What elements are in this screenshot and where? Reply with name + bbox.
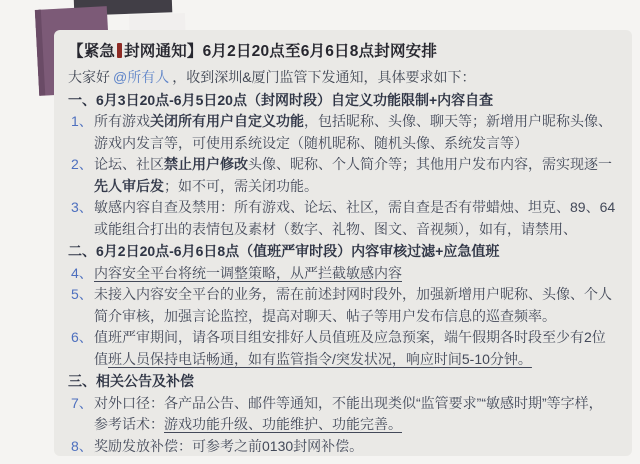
item-number: 1、 xyxy=(68,111,94,133)
item-number: 3、 xyxy=(68,197,94,219)
mention-all: @所有人 xyxy=(113,69,169,85)
item-text: 值班严审期间，请各项目组安排好人员值班及应急预案，端午假期各时段至少有2位值班人… xyxy=(94,327,616,370)
notice-item: 1、所有游戏关闭所有用户自定义功能，包括昵称、头像、聊天等；新增用户昵称头像、游… xyxy=(68,111,616,154)
red-bar-icon xyxy=(117,43,122,58)
item-number: 7、 xyxy=(68,393,94,415)
notice-item: 6、值班严审期间，请各项目组安排好人员值班及应急预案，端午假期各时段至少有2位值… xyxy=(68,327,616,370)
notice-body: 一、6月3日20点-6月5日20点（封网时段）自定义功能限制+内容自查1、所有游… xyxy=(68,90,616,458)
item-text: 奖励发放补偿：可参考之前0130封网补偿。 xyxy=(94,436,616,458)
item-text: 敏感内容自查及禁用：所有游戏、论坛、社区，需自查是否有带蜡烛、坦克、89、64或… xyxy=(94,197,616,240)
notice-item: 3、敏感内容自查及禁用：所有游戏、论坛、社区，需自查是否有带蜡烛、坦克、89、6… xyxy=(68,197,616,240)
notice-title-right: 封网通知】6月2日20点至6月6日8点封网安排 xyxy=(124,43,437,60)
notice-item: 2、论坛、社区禁止用户修改头像、昵称、个人简介等；其他用户发布内容，需实现逐一先… xyxy=(68,154,616,197)
item-text: 论坛、社区禁止用户修改头像、昵称、个人简介等；其他用户发布内容，需实现逐一先人审… xyxy=(94,154,616,197)
item-text: 对外口径：各产品公告、邮件等通知，不能出现类似“监管要求”“敏感时期”等字样，参… xyxy=(94,393,616,436)
notice-title-left: 【紧急 xyxy=(68,43,115,60)
notice-item: 7、对外口径：各产品公告、邮件等通知，不能出现类似“监管要求”“敏感时期”等字样… xyxy=(68,393,616,436)
notice-item: 8、奖励发放补偿：可参考之前0130封网补偿。 xyxy=(68,436,616,458)
greeting-line: 大家好@所有人，收到深圳&厦门监管下发通知，具体要求如下： xyxy=(68,67,616,89)
item-number: 6、 xyxy=(68,327,94,349)
item-number: 2、 xyxy=(68,154,94,176)
greeting-post: ，收到深圳&厦门监管下发通知，具体要求如下： xyxy=(172,69,475,85)
notice-item: 5、未接入内容安全平台的业务，需在前述封网时段外，加强新增用户昵称、头像、个人简… xyxy=(68,284,616,327)
notice-title: 【紧急封网通知】6月2日20点至6月6日8点封网安排 xyxy=(68,40,616,64)
item-text: 所有游戏关闭所有用户自定义功能，包括昵称、头像、聊天等；新增用户昵称头像、游戏内… xyxy=(94,111,616,154)
notice-item: 4、内容安全平台将统一调整策略，从严拦截敏感内容 xyxy=(68,263,616,285)
item-number: 8、 xyxy=(68,436,94,458)
item-text: 未接入内容安全平台的业务，需在前述封网时段外，加强新增用户昵称、头像、个人简介审… xyxy=(94,284,616,327)
notice-card: 【紧急封网通知】6月2日20点至6月6日8点封网安排 大家好@所有人，收到深圳&… xyxy=(54,30,632,456)
item-number: 4、 xyxy=(68,263,94,285)
item-number: 5、 xyxy=(68,284,94,306)
greeting-pre: 大家好 xyxy=(68,69,110,85)
section-heading: 二、6月2日20点-6月6日8点（值班严审时段）内容审核过滤+应急值班 xyxy=(68,241,616,263)
item-text: 内容安全平台将统一调整策略，从严拦截敏感内容 xyxy=(94,263,616,285)
section-heading: 一、6月3日20点-6月5日20点（封网时段）自定义功能限制+内容自查 xyxy=(68,90,616,112)
section-heading: 三、相关公告及补偿 xyxy=(68,371,616,393)
